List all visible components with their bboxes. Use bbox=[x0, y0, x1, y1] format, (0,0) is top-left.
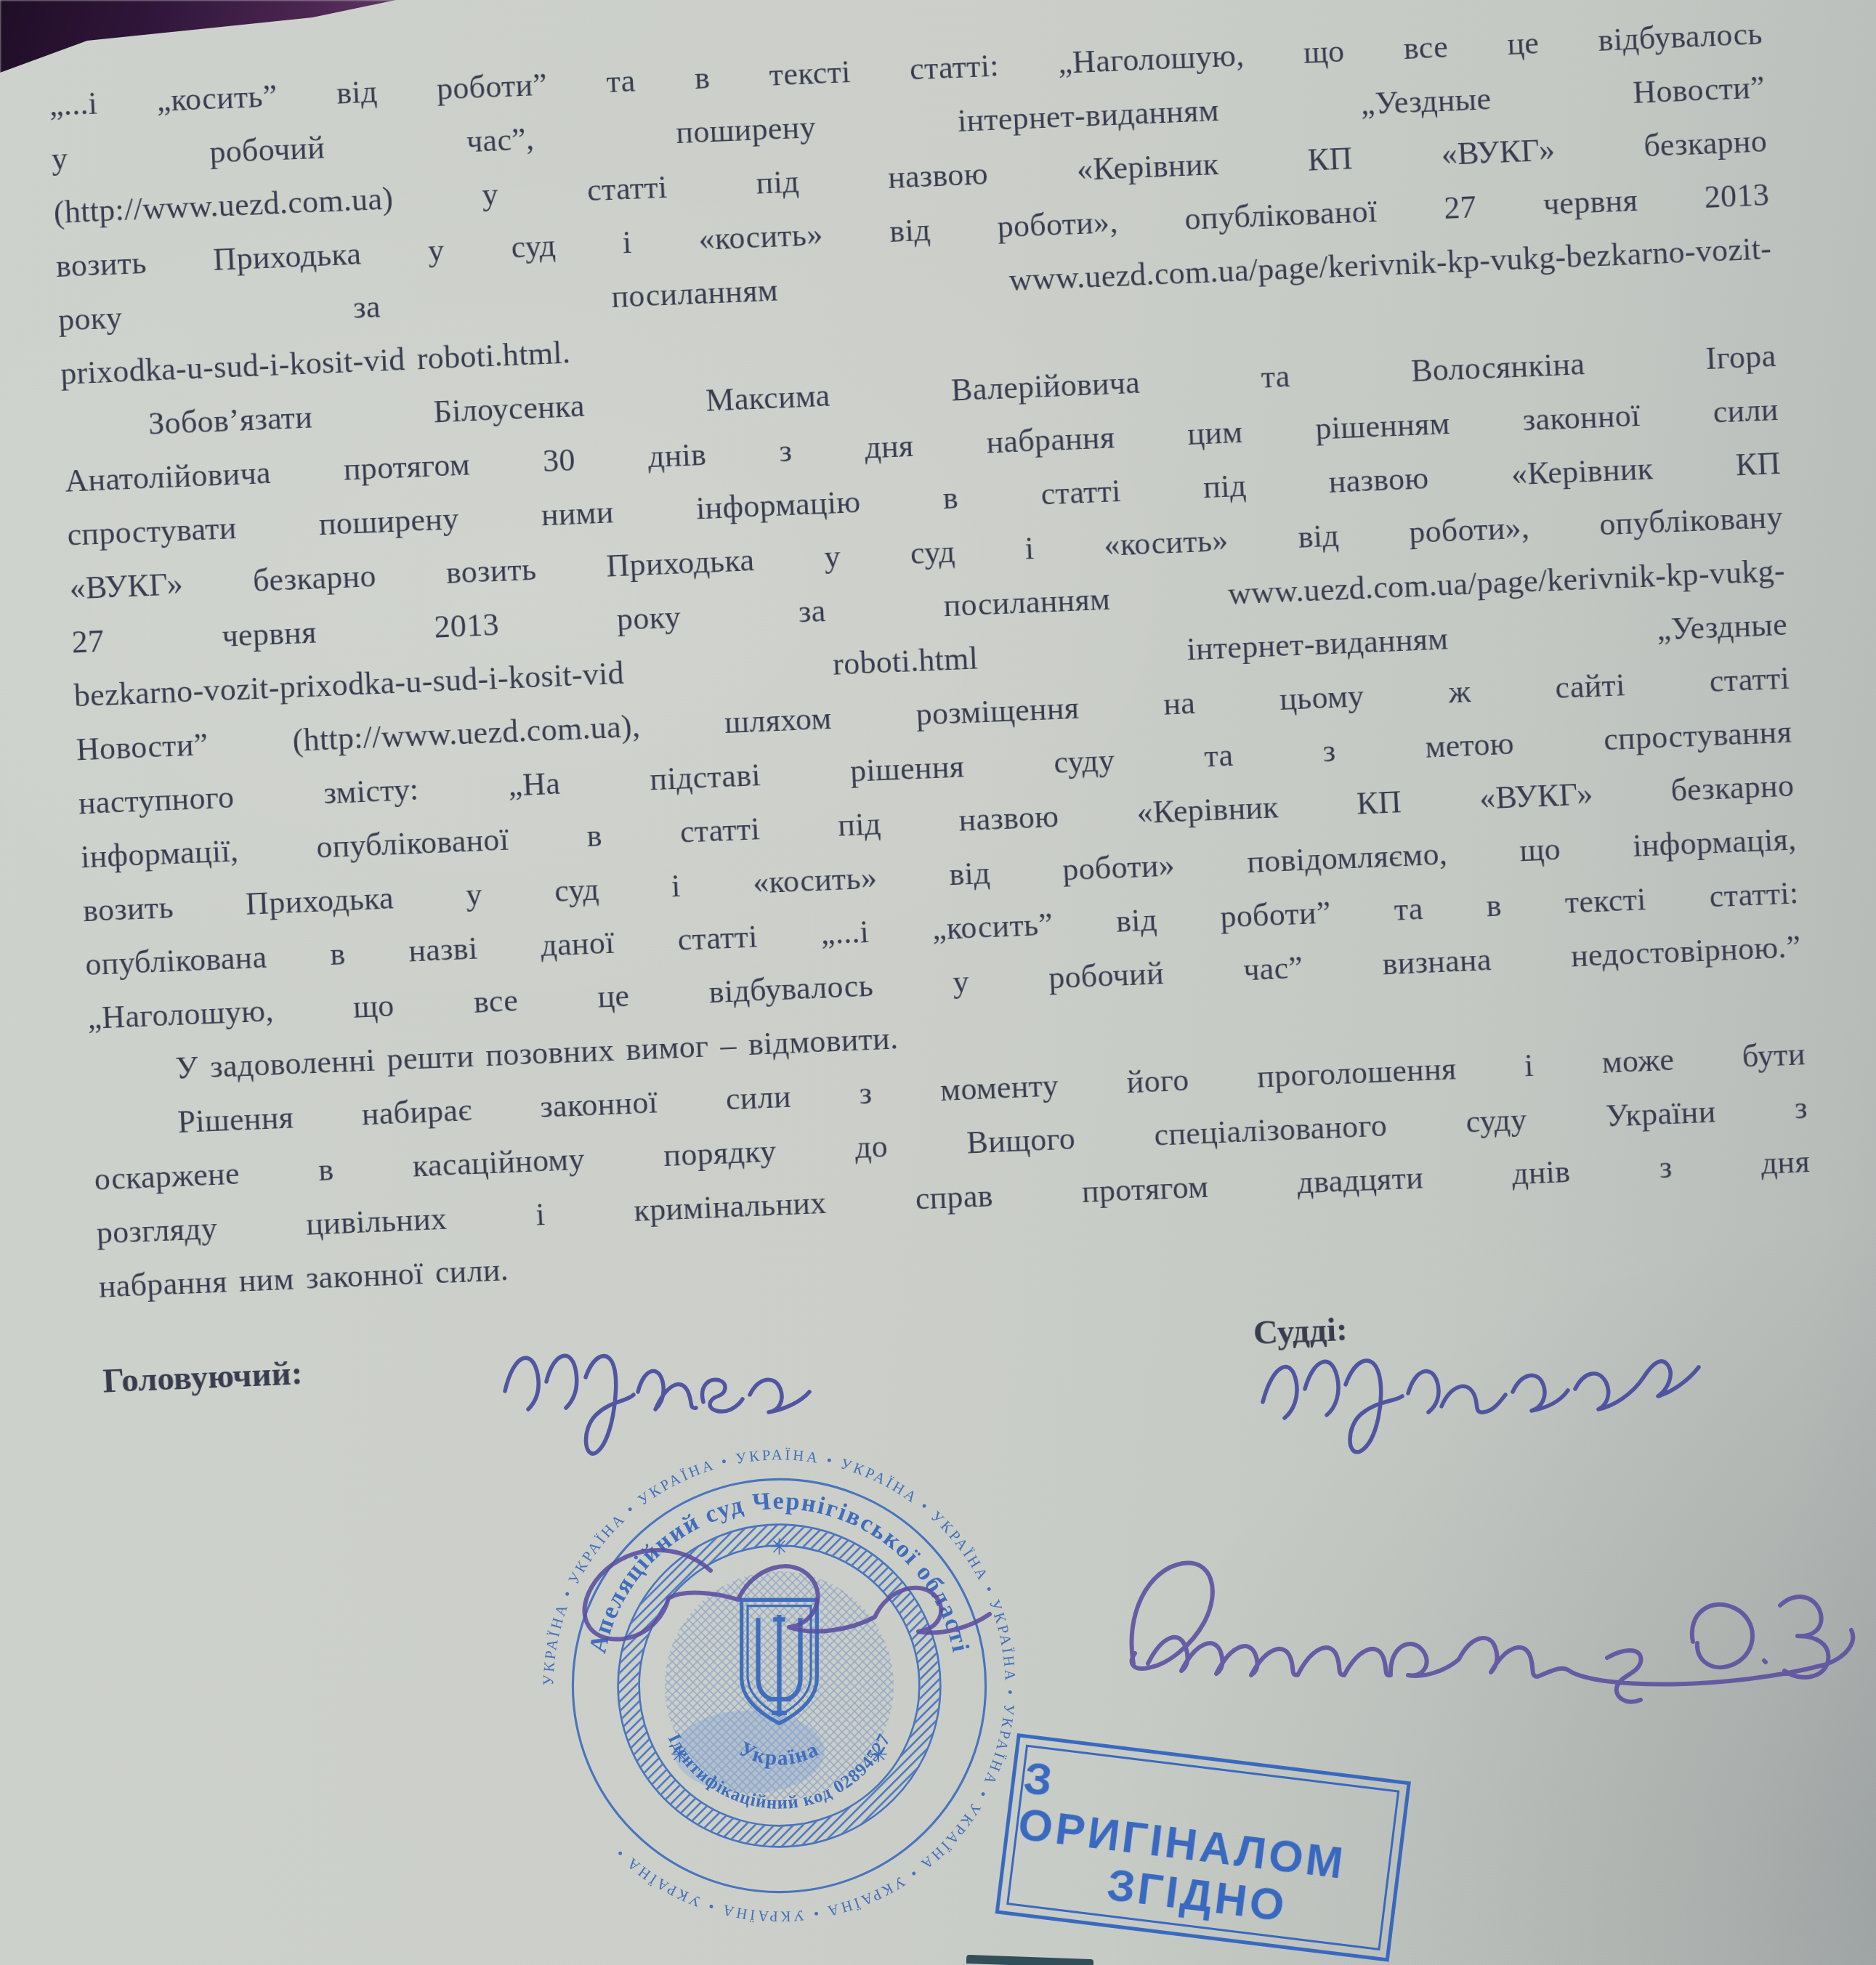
spacer bbox=[1348, 1321, 1816, 1340]
certification-stamp-inner-border: З ОРИГІНАЛОМ ЗГІДНО bbox=[1006, 1745, 1399, 1950]
signature-row: Головуючий: Судді: bbox=[102, 1290, 1816, 1401]
presiding-judge-label: Головуючий: bbox=[102, 1353, 303, 1401]
photo-edge-artifact bbox=[966, 1955, 1093, 1965]
certification-stamp: З ОРИГІНАЛОМ ЗГІДНО bbox=[995, 1733, 1411, 1962]
photographed-court-document: { "page": { "lines": [ {"t": "„...і „кос… bbox=[0, 0, 1876, 1965]
spacer bbox=[303, 1344, 1254, 1384]
judges-label: Судді: bbox=[1253, 1310, 1349, 1353]
seal-star-top: ✳ bbox=[769, 1534, 788, 1560]
document-text-block: „...і „косить” від роботи” та в тексті с… bbox=[48, 7, 1816, 1401]
court-round-seal: УКРАЇНА • УКРАЇНА • УКРАЇНА • УКРАЇНА • … bbox=[523, 1430, 1035, 1942]
seal-star-left: ✳ bbox=[671, 1742, 690, 1767]
court-decision-text: „...і „косить” від роботи” та в тексті с… bbox=[48, 7, 1813, 1313]
judges-signature bbox=[1263, 1361, 1699, 1452]
seal-star-right: ✳ bbox=[869, 1742, 888, 1767]
